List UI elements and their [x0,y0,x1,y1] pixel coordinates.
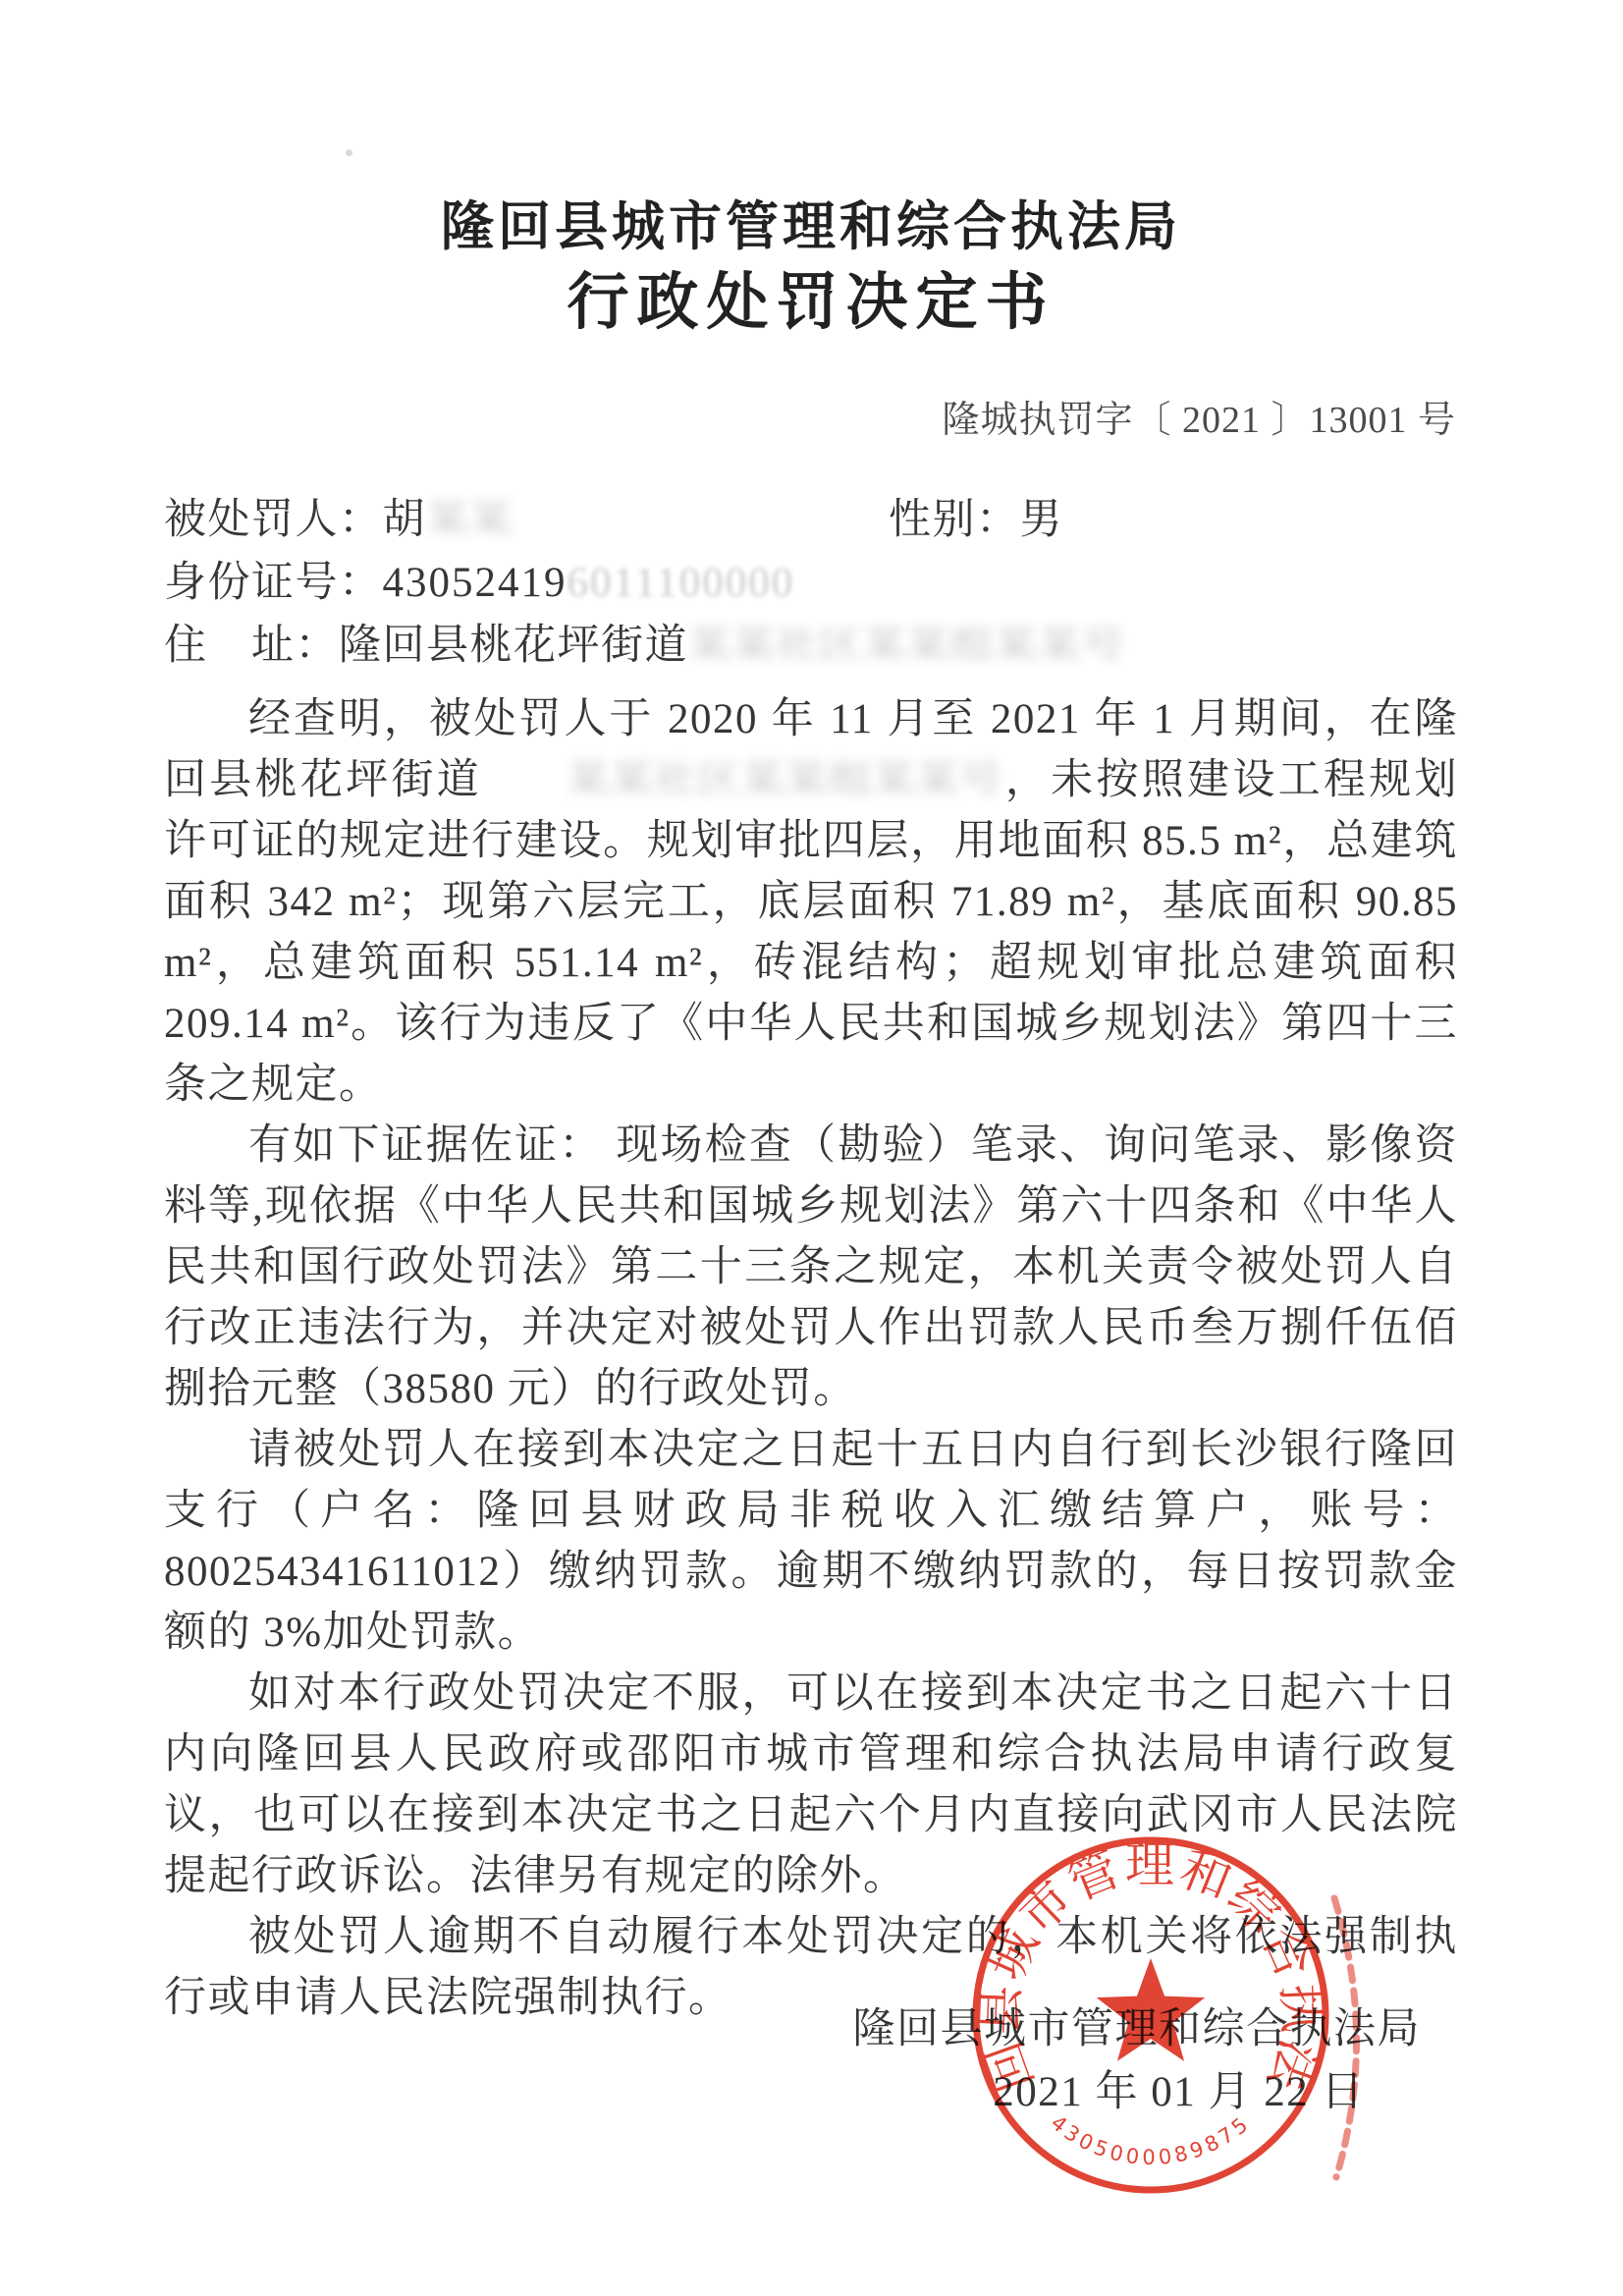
penalized-person-redacted: 某某 [426,492,514,549]
paragraph-evidence-and-penalty: 有如下证据佐证： 现场检查（勘验）笔录、询问笔录、影像资料等,现依据《中华人民共… [164,1116,1458,1420]
id-number-redacted: 6011100000 [568,552,795,615]
id-number-line: 身份证号：430524196011100000 [164,552,1458,615]
agency-title: 隆回县城市管理和综合执法局 [164,196,1458,257]
id-number-label: 身份证号： [164,560,383,606]
penalty-decision-document: 隆回县城市管理和综合执法局 行政处罚决定书 隆城执罚字〔 2021 〕13001… [0,0,1623,2296]
paragraph-payment-instructions: 请被处罚人在接到本决定之日起十五日内自行到长沙银行隆回支行（户名：隆回县财政局非… [164,1420,1458,1664]
id-number-value: 43052419 [383,560,568,606]
address-line: 住 址：隆回县桃花坪街道某某社区某某组某某号 [164,615,1458,678]
official-seal: 隆回县城市管理和综合执法局 4305000089875 [954,1819,1347,2212]
document-number: 隆城执罚字〔 2021 〕13001 号 [164,399,1458,442]
seal-ghost-impression [1321,1890,1389,2185]
gender-label: 性别： [889,497,1020,543]
seal-code-text: 4305000089875 [1047,2110,1256,2169]
seal-ring-text: 隆回县城市管理和综合执法局 [954,1819,1329,2099]
findings-text-b: ，未按照建设工程规划许可证的规定进行建设。规划审批四层，用地面积 85.5 m²… [164,757,1458,1108]
address-redacted: 某某社区某某组某某号 [688,618,1125,675]
address-label: 住 址： [164,623,339,669]
document-type-title: 行政处罚决定书 [164,267,1458,338]
party-info-fields: 被处罚人：胡某某 性别：男 身份证号：430524196011100000 住 … [164,489,1458,678]
findings-address-redacted: 某某社区某某组某某号 [482,753,1003,808]
penalized-person-line: 被处罚人：胡某某 性别：男 [164,489,1458,552]
seal-star-icon [1097,1958,1205,2061]
penalized-person-value: 胡 [383,497,427,543]
paragraph-findings: 经查明，被处罚人于 2020 年 11 月至 2021 年 1 月期间，在隆回县… [164,689,1458,1116]
address-value: 隆回县桃花坪街道 [339,623,688,669]
penalized-person-label: 被处罚人： [164,497,383,543]
gender-group: 性别：男 [889,489,1063,552]
gender-value: 男 [1020,497,1064,543]
